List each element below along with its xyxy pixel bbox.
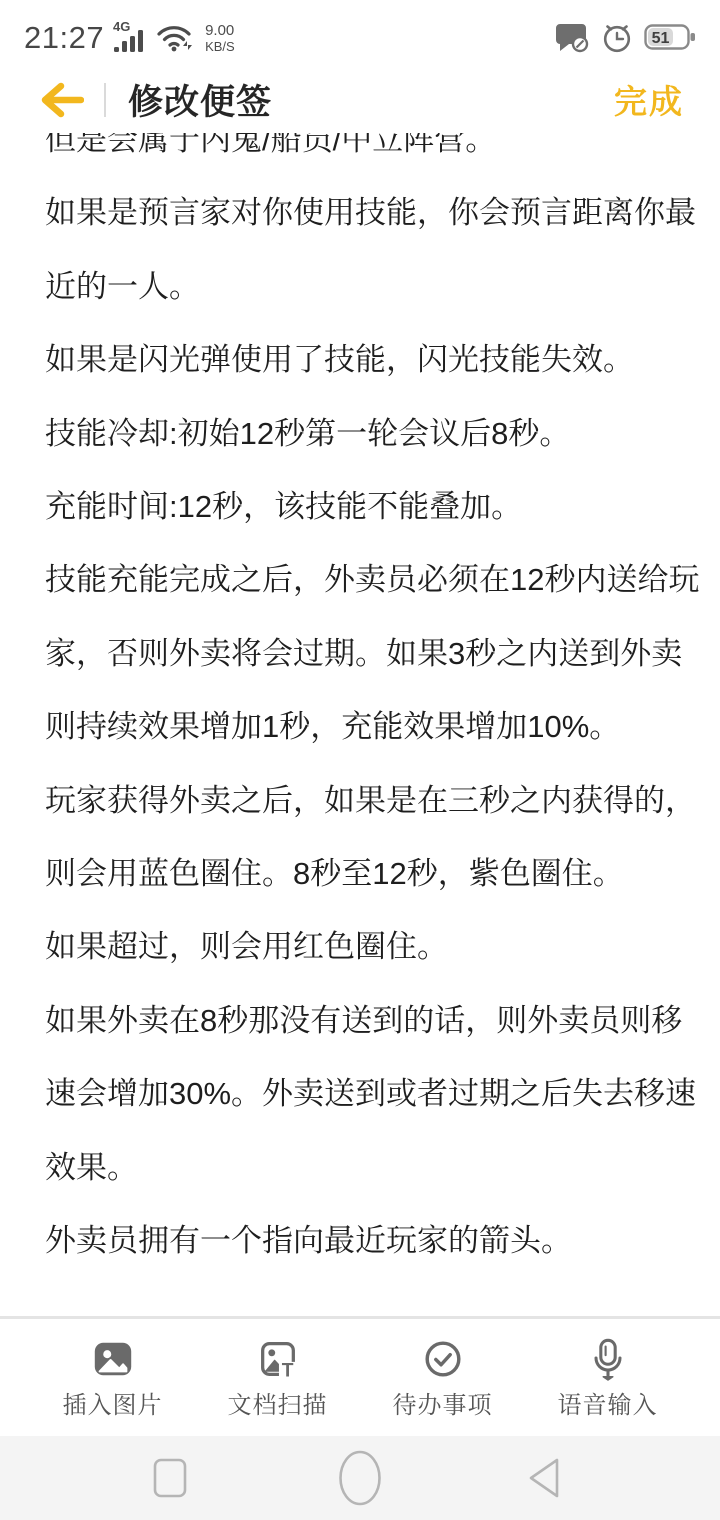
insert-image-icon [90,1336,136,1382]
status-left-group: 21:27 4G 9.00 KB/S [24,19,235,55]
back-arrow-icon [36,81,84,119]
note-line: 近的一人。 [45,250,720,323]
svg-text:T: T [281,1360,293,1381]
note-line: 技能冷却:初始12秒第一轮会议后8秒。 [45,397,720,470]
network-speed: 9.00 KB/S [205,23,235,55]
network-type-label: 4G [113,19,130,34]
recents-button[interactable] [154,1459,187,1498]
status-time: 21:27 [24,21,104,55]
note-editor[interactable]: 但是会属于内鬼/船员/中立阵营。如果是预言家对你使用技能，你会预言距离你最近的一… [0,133,720,1316]
voice-input-icon [585,1336,631,1382]
speed-value: 9.00 [205,23,235,39]
header-divider [104,83,106,117]
battery-level-label: 51 [652,30,670,47]
page-title: 修改便签 [128,75,272,125]
android-nav-bar [0,1436,720,1520]
tool-label: 待办事项 [393,1385,493,1420]
status-right-group: 51 [554,20,696,54]
bottom-toolbar: 插入图片 T 文档扫描 待办事项 [0,1319,720,1436]
tool-label: 语音输入 [558,1385,658,1420]
note-line: 家，否则外卖将会过期。如果3秒之内送到外卖 [45,617,720,690]
note-line: 效果。 [45,1131,720,1204]
insert-image-button[interactable]: 插入图片 [30,1336,195,1420]
tool-label: 文档扫描 [228,1385,328,1420]
note-line: 如果超过，则会用红色圈住。 [45,910,720,983]
note-line: 外卖员拥有一个指向最近玩家的箭头。 [45,1204,720,1277]
document-scan-button[interactable]: T 文档扫描 [195,1336,360,1420]
note-line: 如果外卖在8秒那没有送到的话，则外卖员则移 [45,984,720,1057]
recents-square-icon [154,1459,187,1498]
document-scan-icon: T [255,1336,301,1382]
note-line: 玩家获得外卖之后，如果是在三秒之内获得的， [45,764,720,837]
wifi-icon [156,19,196,55]
note-line: 充能时间:12秒，该技能不能叠加。 [45,470,720,543]
done-button[interactable]: 完成 [614,76,684,123]
header: 修改便签 完成 [0,66,720,133]
todo-button[interactable]: 待办事项 [360,1336,525,1420]
note-line: 技能充能完成之后，外卖员必须在12秒内送给玩 [45,543,720,616]
status-bar: 21:27 4G 9.00 KB/S [0,0,720,66]
battery-icon: 51 [644,21,696,53]
note-line: 则会用蓝色圈住。8秒至12秒，紫色圈住。 [45,837,720,910]
note-lines: 但是会属于内鬼/船员/中立阵营。如果是预言家对你使用技能，你会预言距离你最近的一… [45,133,720,1278]
note-line: 则持续效果增加1秒，充能效果增加10%。 [45,690,720,763]
back-triangle-icon [524,1454,564,1502]
back-button[interactable] [36,81,84,119]
home-circle-icon [338,1450,382,1506]
speed-unit: KB/S [205,39,235,55]
message-muted-icon [554,21,590,53]
voice-input-button[interactable]: 语音输入 [525,1336,690,1420]
tool-label: 插入图片 [63,1385,163,1420]
note-line: 速会增加30%。外卖送到或者过期之后失去移速 [45,1057,720,1130]
note-line: 如果是预言家对你使用技能，你会预言距离你最 [45,176,720,249]
signal-strength-icon: 4G [113,19,147,55]
alarm-clock-icon [600,20,634,54]
note-line: 如果是闪光弹使用了技能，闪光技能失效。 [45,323,720,396]
todo-check-icon [420,1336,466,1382]
note-line: 但是会属于内鬼/船员/中立阵营。 [45,133,720,176]
home-button[interactable] [338,1450,382,1506]
back-nav-button[interactable] [524,1454,564,1502]
